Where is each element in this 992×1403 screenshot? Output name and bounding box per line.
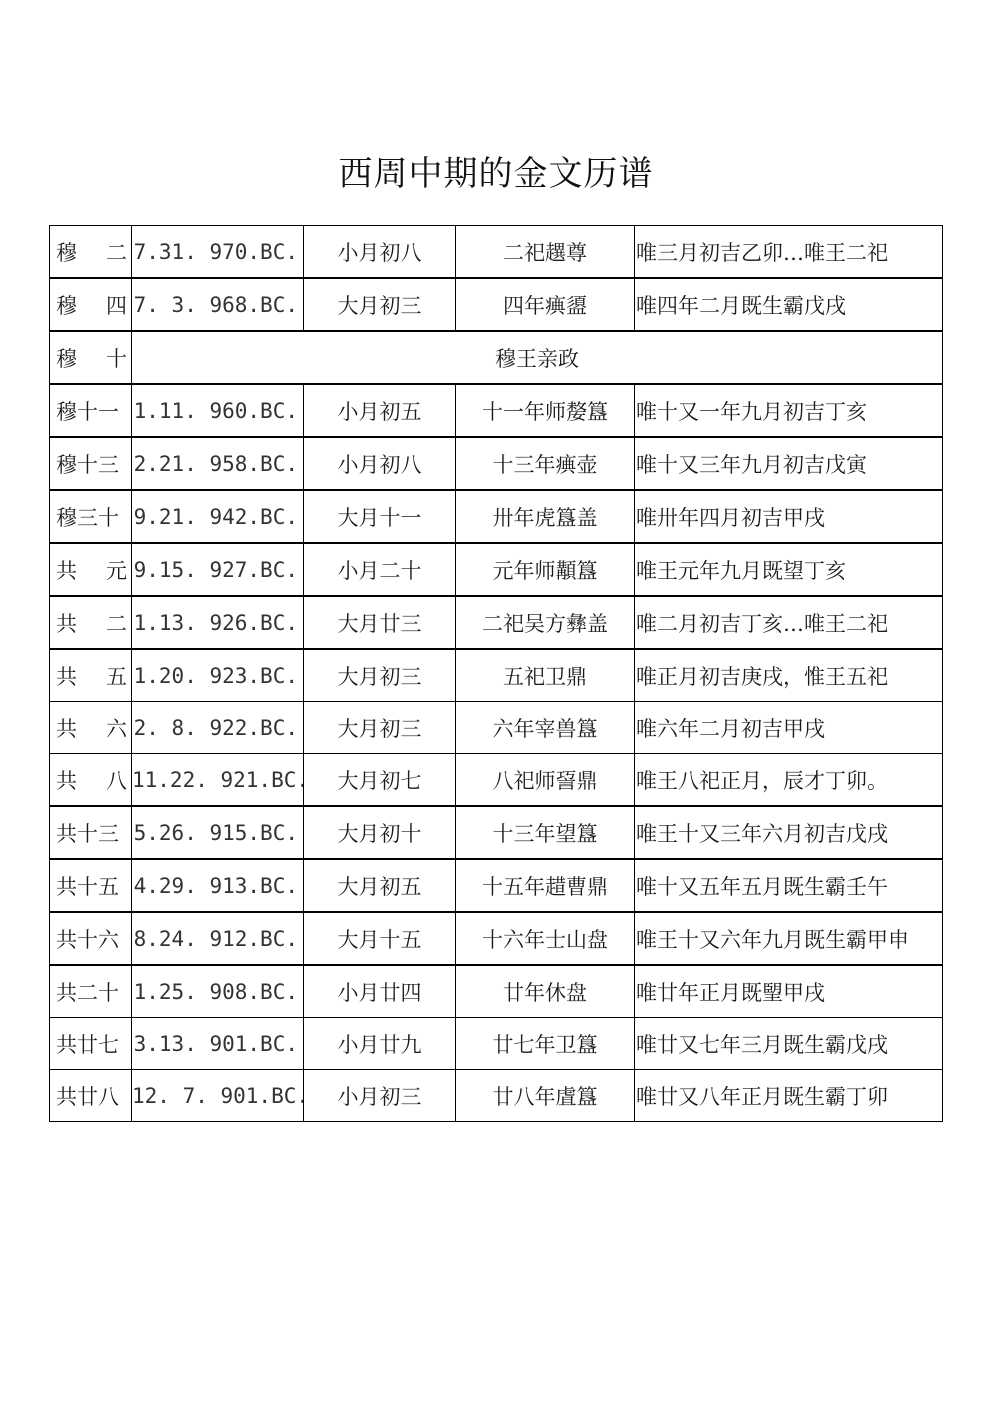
table-row: 穆十一1.11. 960.BC.小月初五十一年师嫠簋唯十又一年九月初吉丁亥	[50, 384, 943, 437]
reign-part: 共	[56, 713, 77, 743]
table-row: 共元9.15. 927.BC.小月二十元年师顜簋唯王元年九月既望丁亥	[50, 543, 943, 596]
reign-part: 共十五	[56, 871, 119, 901]
reign-cell: 共五	[50, 649, 132, 702]
reign-part: 穆	[56, 290, 77, 320]
vessel-name-cell: 元年师顜簋	[456, 543, 635, 596]
reign-label: 共廿七	[56, 1029, 127, 1059]
date-cell: 4.29. 913.BC.	[132, 859, 304, 912]
reign-part: 二	[106, 608, 127, 638]
inscription-cell: 唯四年二月既生霸戊戌	[635, 278, 943, 331]
vessel-name-cell: 廿年休盘	[456, 965, 635, 1018]
reign-part: 元	[106, 555, 127, 585]
table-row: 穆四7. 3. 968.BC.大月初三四年痶盨唯四年二月既生霸戊戌	[50, 278, 943, 331]
lunar-day-cell: 小月二十	[304, 543, 456, 596]
merged-note-cell: 穆王亲政	[132, 331, 943, 384]
table-row: 穆十三2.21. 958.BC.小月初八十三年痶壶唯十又三年九月初吉戊寅	[50, 437, 943, 490]
table-row: 穆二7.31. 970.BC.小月初八二祀趩尊唯三月初吉乙卯…唯王二祀	[50, 226, 943, 279]
reign-label: 共元	[56, 555, 127, 585]
table-row: 穆三十9.21. 942.BC.大月十一卅年虎簋盖唯卅年四月初吉甲戌	[50, 490, 943, 543]
vessel-name-cell: 六年宰兽簋	[456, 702, 635, 754]
reign-label: 共六	[56, 713, 127, 743]
lunar-day-cell: 小月初八	[304, 226, 456, 279]
reign-label: 共十三	[56, 818, 127, 848]
reign-part: 穆十一	[56, 396, 119, 426]
inscription-cell: 唯六年二月初吉甲戌	[635, 702, 943, 754]
reign-label: 共五	[56, 661, 127, 691]
date-cell: 1.13. 926.BC.	[132, 596, 304, 649]
page-title: 西周中期的金文历谱	[0, 146, 992, 195]
lunar-day-cell: 大月初五	[304, 859, 456, 912]
inscription-cell: 唯十又一年九月初吉丁亥	[635, 384, 943, 437]
reign-label: 共十五	[56, 871, 127, 901]
vessel-name-cell: 十五年趞曹鼎	[456, 859, 635, 912]
inscription-cell: 唯王八祀正月，辰才丁卯。	[635, 754, 943, 807]
reign-cell: 共八	[50, 754, 132, 807]
date-cell: 1.25. 908.BC.	[132, 965, 304, 1018]
reign-label: 穆四	[56, 290, 127, 320]
reign-part: 共	[56, 608, 77, 638]
table-row: 共廿七3.13. 901.BC.小月廿九廿七年卫簋唯廿又七年三月既生霸戊戌	[50, 1018, 943, 1070]
reign-part: 十	[106, 343, 127, 373]
vessel-name-cell: 二祀趩尊	[456, 226, 635, 279]
reign-part: 共二十	[56, 977, 119, 1007]
lunar-day-cell: 小月初三	[304, 1070, 456, 1122]
bronze-calendar-table: 穆二7.31. 970.BC.小月初八二祀趩尊唯三月初吉乙卯…唯王二祀穆四7. …	[49, 225, 943, 1122]
reign-part: 共十六	[56, 924, 119, 954]
reign-part: 共	[56, 765, 77, 795]
lunar-day-cell: 大月初三	[304, 649, 456, 702]
reign-part: 穆三十	[56, 502, 119, 532]
reign-cell: 穆四	[50, 278, 132, 331]
reign-label: 穆三十	[56, 502, 127, 532]
lunar-day-cell: 小月廿四	[304, 965, 456, 1018]
reign-cell: 共十六	[50, 912, 132, 965]
reign-label: 穆十三	[56, 449, 127, 479]
table-row: 共五1.20. 923.BC.大月初三五祀卫鼎唯正月初吉庚戌，惟王五祀	[50, 649, 943, 702]
date-cell: 3.13. 901.BC.	[132, 1018, 304, 1070]
vessel-name-cell: 十三年望簋	[456, 806, 635, 859]
reign-label: 穆十	[56, 343, 127, 373]
inscription-cell: 唯王十又六年九月既生霸甲申	[635, 912, 943, 965]
reign-part: 穆	[56, 237, 77, 267]
reign-cell: 共六	[50, 702, 132, 754]
date-cell: 1.11. 960.BC.	[132, 384, 304, 437]
date-cell: 1.20. 923.BC.	[132, 649, 304, 702]
inscription-cell: 唯王元年九月既望丁亥	[635, 543, 943, 596]
inscription-cell: 唯十又五年五月既生霸壬午	[635, 859, 943, 912]
reign-part: 穆十三	[56, 449, 119, 479]
inscription-cell: 唯卅年四月初吉甲戌	[635, 490, 943, 543]
inscription-cell: 唯王十又三年六月初吉戊戌	[635, 806, 943, 859]
reign-cell: 穆十一	[50, 384, 132, 437]
reign-cell: 共十五	[50, 859, 132, 912]
vessel-name-cell: 四年痶盨	[456, 278, 635, 331]
lunar-day-cell: 小月廿九	[304, 1018, 456, 1070]
inscription-cell: 唯三月初吉乙卯…唯王二祀	[635, 226, 943, 279]
reign-label: 穆十一	[56, 396, 127, 426]
reign-cell: 共二十	[50, 965, 132, 1018]
reign-label: 共二	[56, 608, 127, 638]
date-cell: 11.22. 921.BC.	[132, 754, 304, 807]
inscription-cell: 唯十又三年九月初吉戊寅	[635, 437, 943, 490]
table-row: 共十五4.29. 913.BC.大月初五十五年趞曹鼎唯十又五年五月既生霸壬午	[50, 859, 943, 912]
date-cell: 9.21. 942.BC.	[132, 490, 304, 543]
date-cell: 7.31. 970.BC.	[132, 226, 304, 279]
reign-part: 六	[106, 713, 127, 743]
table-row: 共二1.13. 926.BC.大月廿三二祀吴方彝盖唯二月初吉丁亥…唯王二祀	[50, 596, 943, 649]
table-row: 共二十1.25. 908.BC.小月廿四廿年休盘唯廿年正月既朢甲戌	[50, 965, 943, 1018]
vessel-name-cell: 十三年痶壶	[456, 437, 635, 490]
table-body: 穆二7.31. 970.BC.小月初八二祀趩尊唯三月初吉乙卯…唯王二祀穆四7. …	[50, 226, 943, 1122]
reign-part: 二	[106, 237, 127, 267]
date-cell: 12. 7. 901.BC.	[132, 1070, 304, 1122]
lunar-day-cell: 大月初三	[304, 702, 456, 754]
table-row: 共廿八12. 7. 901.BC.小月初三廿八年虘簋唯廿又八年正月既生霸丁卯	[50, 1070, 943, 1122]
vessel-name-cell: 八祀师䛒鼎	[456, 754, 635, 807]
date-cell: 8.24. 912.BC.	[132, 912, 304, 965]
reign-label: 共十六	[56, 924, 127, 954]
date-cell: 5.26. 915.BC.	[132, 806, 304, 859]
reign-part: 共	[56, 661, 77, 691]
reign-part: 共廿八	[56, 1081, 119, 1111]
inscription-cell: 唯廿年正月既朢甲戌	[635, 965, 943, 1018]
reign-cell: 穆十三	[50, 437, 132, 490]
reign-cell: 共十三	[50, 806, 132, 859]
lunar-day-cell: 大月初三	[304, 278, 456, 331]
lunar-day-cell: 小月初八	[304, 437, 456, 490]
vessel-name-cell: 十一年师嫠簋	[456, 384, 635, 437]
lunar-day-cell: 大月初七	[304, 754, 456, 807]
table-row: 共十三5.26. 915.BC.大月初十十三年望簋唯王十又三年六月初吉戊戌	[50, 806, 943, 859]
reign-cell: 共廿七	[50, 1018, 132, 1070]
reign-cell: 共二	[50, 596, 132, 649]
reign-part: 共十三	[56, 818, 119, 848]
reign-part: 八	[106, 765, 127, 795]
vessel-name-cell: 廿七年卫簋	[456, 1018, 635, 1070]
date-cell: 7. 3. 968.BC.	[132, 278, 304, 331]
vessel-name-cell: 五祀卫鼎	[456, 649, 635, 702]
reign-label: 共廿八	[56, 1081, 127, 1111]
reign-cell: 穆二	[50, 226, 132, 279]
table-row: 穆十穆王亲政	[50, 331, 943, 384]
date-cell: 2.21. 958.BC.	[132, 437, 304, 490]
lunar-day-cell: 大月十一	[304, 490, 456, 543]
lunar-day-cell: 大月十五	[304, 912, 456, 965]
reign-cell: 共元	[50, 543, 132, 596]
inscription-cell: 唯廿又八年正月既生霸丁卯	[635, 1070, 943, 1122]
lunar-day-cell: 小月初五	[304, 384, 456, 437]
reign-part: 五	[106, 661, 127, 691]
table-row: 共十六8.24. 912.BC.大月十五十六年士山盘唯王十又六年九月既生霸甲申	[50, 912, 943, 965]
date-cell: 9.15. 927.BC.	[132, 543, 304, 596]
vessel-name-cell: 二祀吴方彝盖	[456, 596, 635, 649]
vessel-name-cell: 廿八年虘簋	[456, 1070, 635, 1122]
lunar-day-cell: 大月廿三	[304, 596, 456, 649]
vessel-name-cell: 十六年士山盘	[456, 912, 635, 965]
reign-cell: 穆三十	[50, 490, 132, 543]
reign-cell: 穆十	[50, 331, 132, 384]
inscription-cell: 唯廿又七年三月既生霸戊戌	[635, 1018, 943, 1070]
inscription-cell: 唯二月初吉丁亥…唯王二祀	[635, 596, 943, 649]
table-row: 共六2. 8. 922.BC.大月初三六年宰兽簋唯六年二月初吉甲戌	[50, 702, 943, 754]
date-cell: 2. 8. 922.BC.	[132, 702, 304, 754]
table-row: 共八11.22. 921.BC.大月初七八祀师䛒鼎唯王八祀正月，辰才丁卯。	[50, 754, 943, 807]
reign-label: 共八	[56, 765, 127, 795]
reign-part: 穆	[56, 343, 77, 373]
reign-cell: 共廿八	[50, 1070, 132, 1122]
reign-label: 共二十	[56, 977, 127, 1007]
reign-part: 共	[56, 555, 77, 585]
inscription-cell: 唯正月初吉庚戌，惟王五祀	[635, 649, 943, 702]
lunar-day-cell: 大月初十	[304, 806, 456, 859]
vessel-name-cell: 卅年虎簋盖	[456, 490, 635, 543]
reign-part: 共廿七	[56, 1029, 119, 1059]
reign-part: 四	[106, 290, 127, 320]
reign-label: 穆二	[56, 237, 127, 267]
